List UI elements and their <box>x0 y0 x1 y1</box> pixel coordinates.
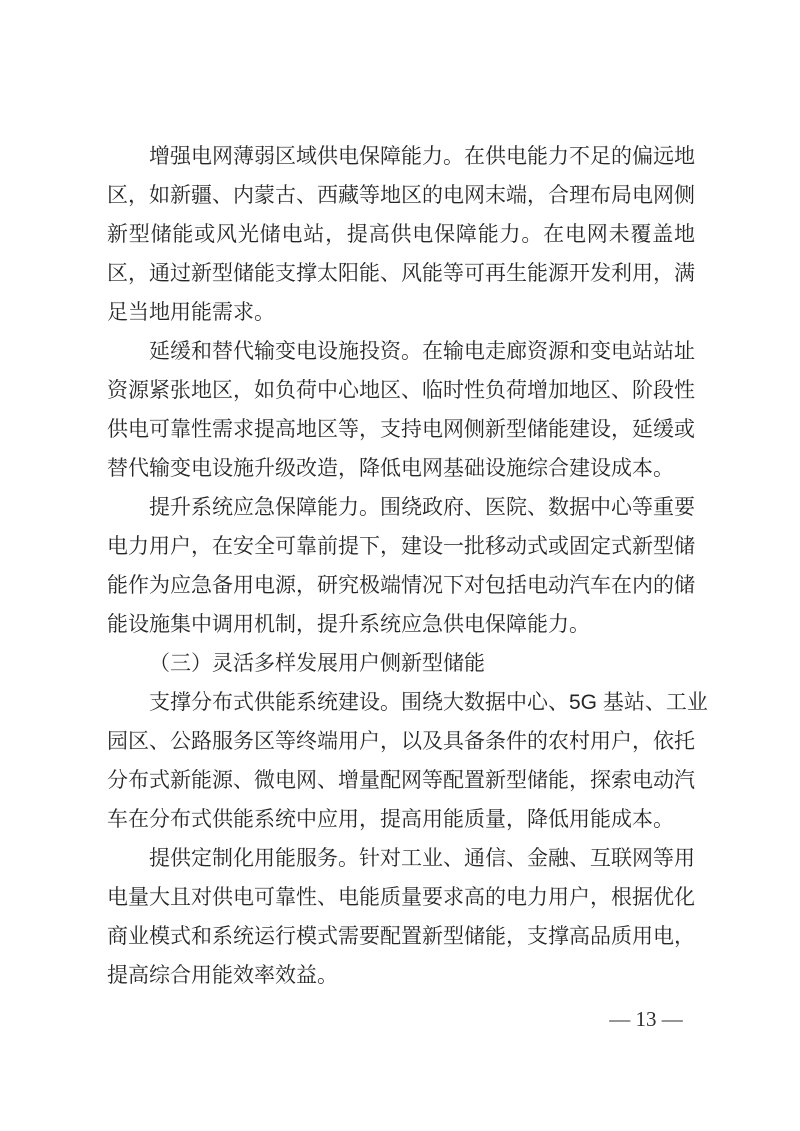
paragraph-emergency-support-line-1: 提升系统应急保障能力。围绕政府、医院、数据中心等重要 <box>107 488 695 527</box>
paragraph-grid-weak-areas-line-1: 增强电网薄弱区域供电保障能力。在供电能力不足的偏远地 <box>107 137 695 176</box>
paragraph-customized-energy-services-line-3: 商业模式和系统运行模式需要配置新型储能，支撑高品质用电， <box>107 917 695 956</box>
paragraph-grid-weak-areas-line-4: 区，通过新型储能支撑太阳能、风能等可再生能源开发利用，满 <box>107 254 695 293</box>
paragraph-grid-weak-areas-line-3: 新型储能或风光储电站，提高供电保障能力。在电网未覆盖地 <box>107 215 695 254</box>
paragraph-emergency-support-line-4: 能设施集中调用机制，提升系统应急供电保障能力。 <box>107 605 695 644</box>
section-heading-user-side-storage: （三）灵活多样发展用户侧新型储能 <box>107 644 695 683</box>
paragraph-customized-energy-services-line-4: 提高综合用能效率效益。 <box>107 956 695 995</box>
paragraph-emergency-support-line-3: 能作为应急备用电源，研究极端情况下对包括电动汽车在内的储 <box>107 566 695 605</box>
paragraph-distributed-energy-systems-line-3: 分布式新能源、微电网、增量配网等配置新型储能，探索电动汽 <box>107 761 695 800</box>
paragraph-defer-transmission-investment-line-1: 延缓和替代输变电设施投资。在输电走廊资源和变电站站址 <box>107 332 695 371</box>
paragraph-emergency-support-line-2: 电力用户，在安全可靠前提下，建设一批移动式或固定式新型储 <box>107 527 695 566</box>
paragraph-grid-weak-areas-line-2: 区，如新疆、内蒙古、西藏等地区的电网末端，合理布局电网侧 <box>107 176 695 215</box>
paragraph-grid-weak-areas-line-5: 足当地用能需求。 <box>107 293 695 332</box>
paragraph-customized-energy-services-line-1: 提供定制化用能服务。针对工业、通信、金融、互联网等用 <box>107 839 695 878</box>
paragraph-distributed-energy-systems-line-4: 车在分布式供能系统中应用，提高用能质量，降低用能成本。 <box>107 800 695 839</box>
document-page: 增强电网薄弱区域供电保障能力。在供电能力不足的偏远地区，如新疆、内蒙古、西藏等地… <box>0 0 800 1131</box>
page-number: — 13 — <box>561 1000 731 1039</box>
paragraph-defer-transmission-investment-line-2: 资源紧张地区，如负荷中心地区、临时性负荷增加地区、阶段性 <box>107 371 695 410</box>
paragraph-defer-transmission-investment-line-3: 供电可靠性需求提高地区等，支持电网侧新型储能建设，延缓或 <box>107 410 695 449</box>
paragraph-distributed-energy-systems-line-1: 支撑分布式供能系统建设。围绕大数据中心、5G 基站、工业 <box>107 683 695 722</box>
document-body: 增强电网薄弱区域供电保障能力。在供电能力不足的偏远地区，如新疆、内蒙古、西藏等地… <box>107 137 695 995</box>
paragraph-defer-transmission-investment-line-4: 替代输变电设施升级改造，降低电网基础设施综合建设成本。 <box>107 449 695 488</box>
paragraph-distributed-energy-systems-line-2: 园区、公路服务区等终端用户，以及具备条件的农村用户，依托 <box>107 722 695 761</box>
paragraph-customized-energy-services-line-2: 电量大且对供电可靠性、电能质量要求高的电力用户，根据优化 <box>107 878 695 917</box>
